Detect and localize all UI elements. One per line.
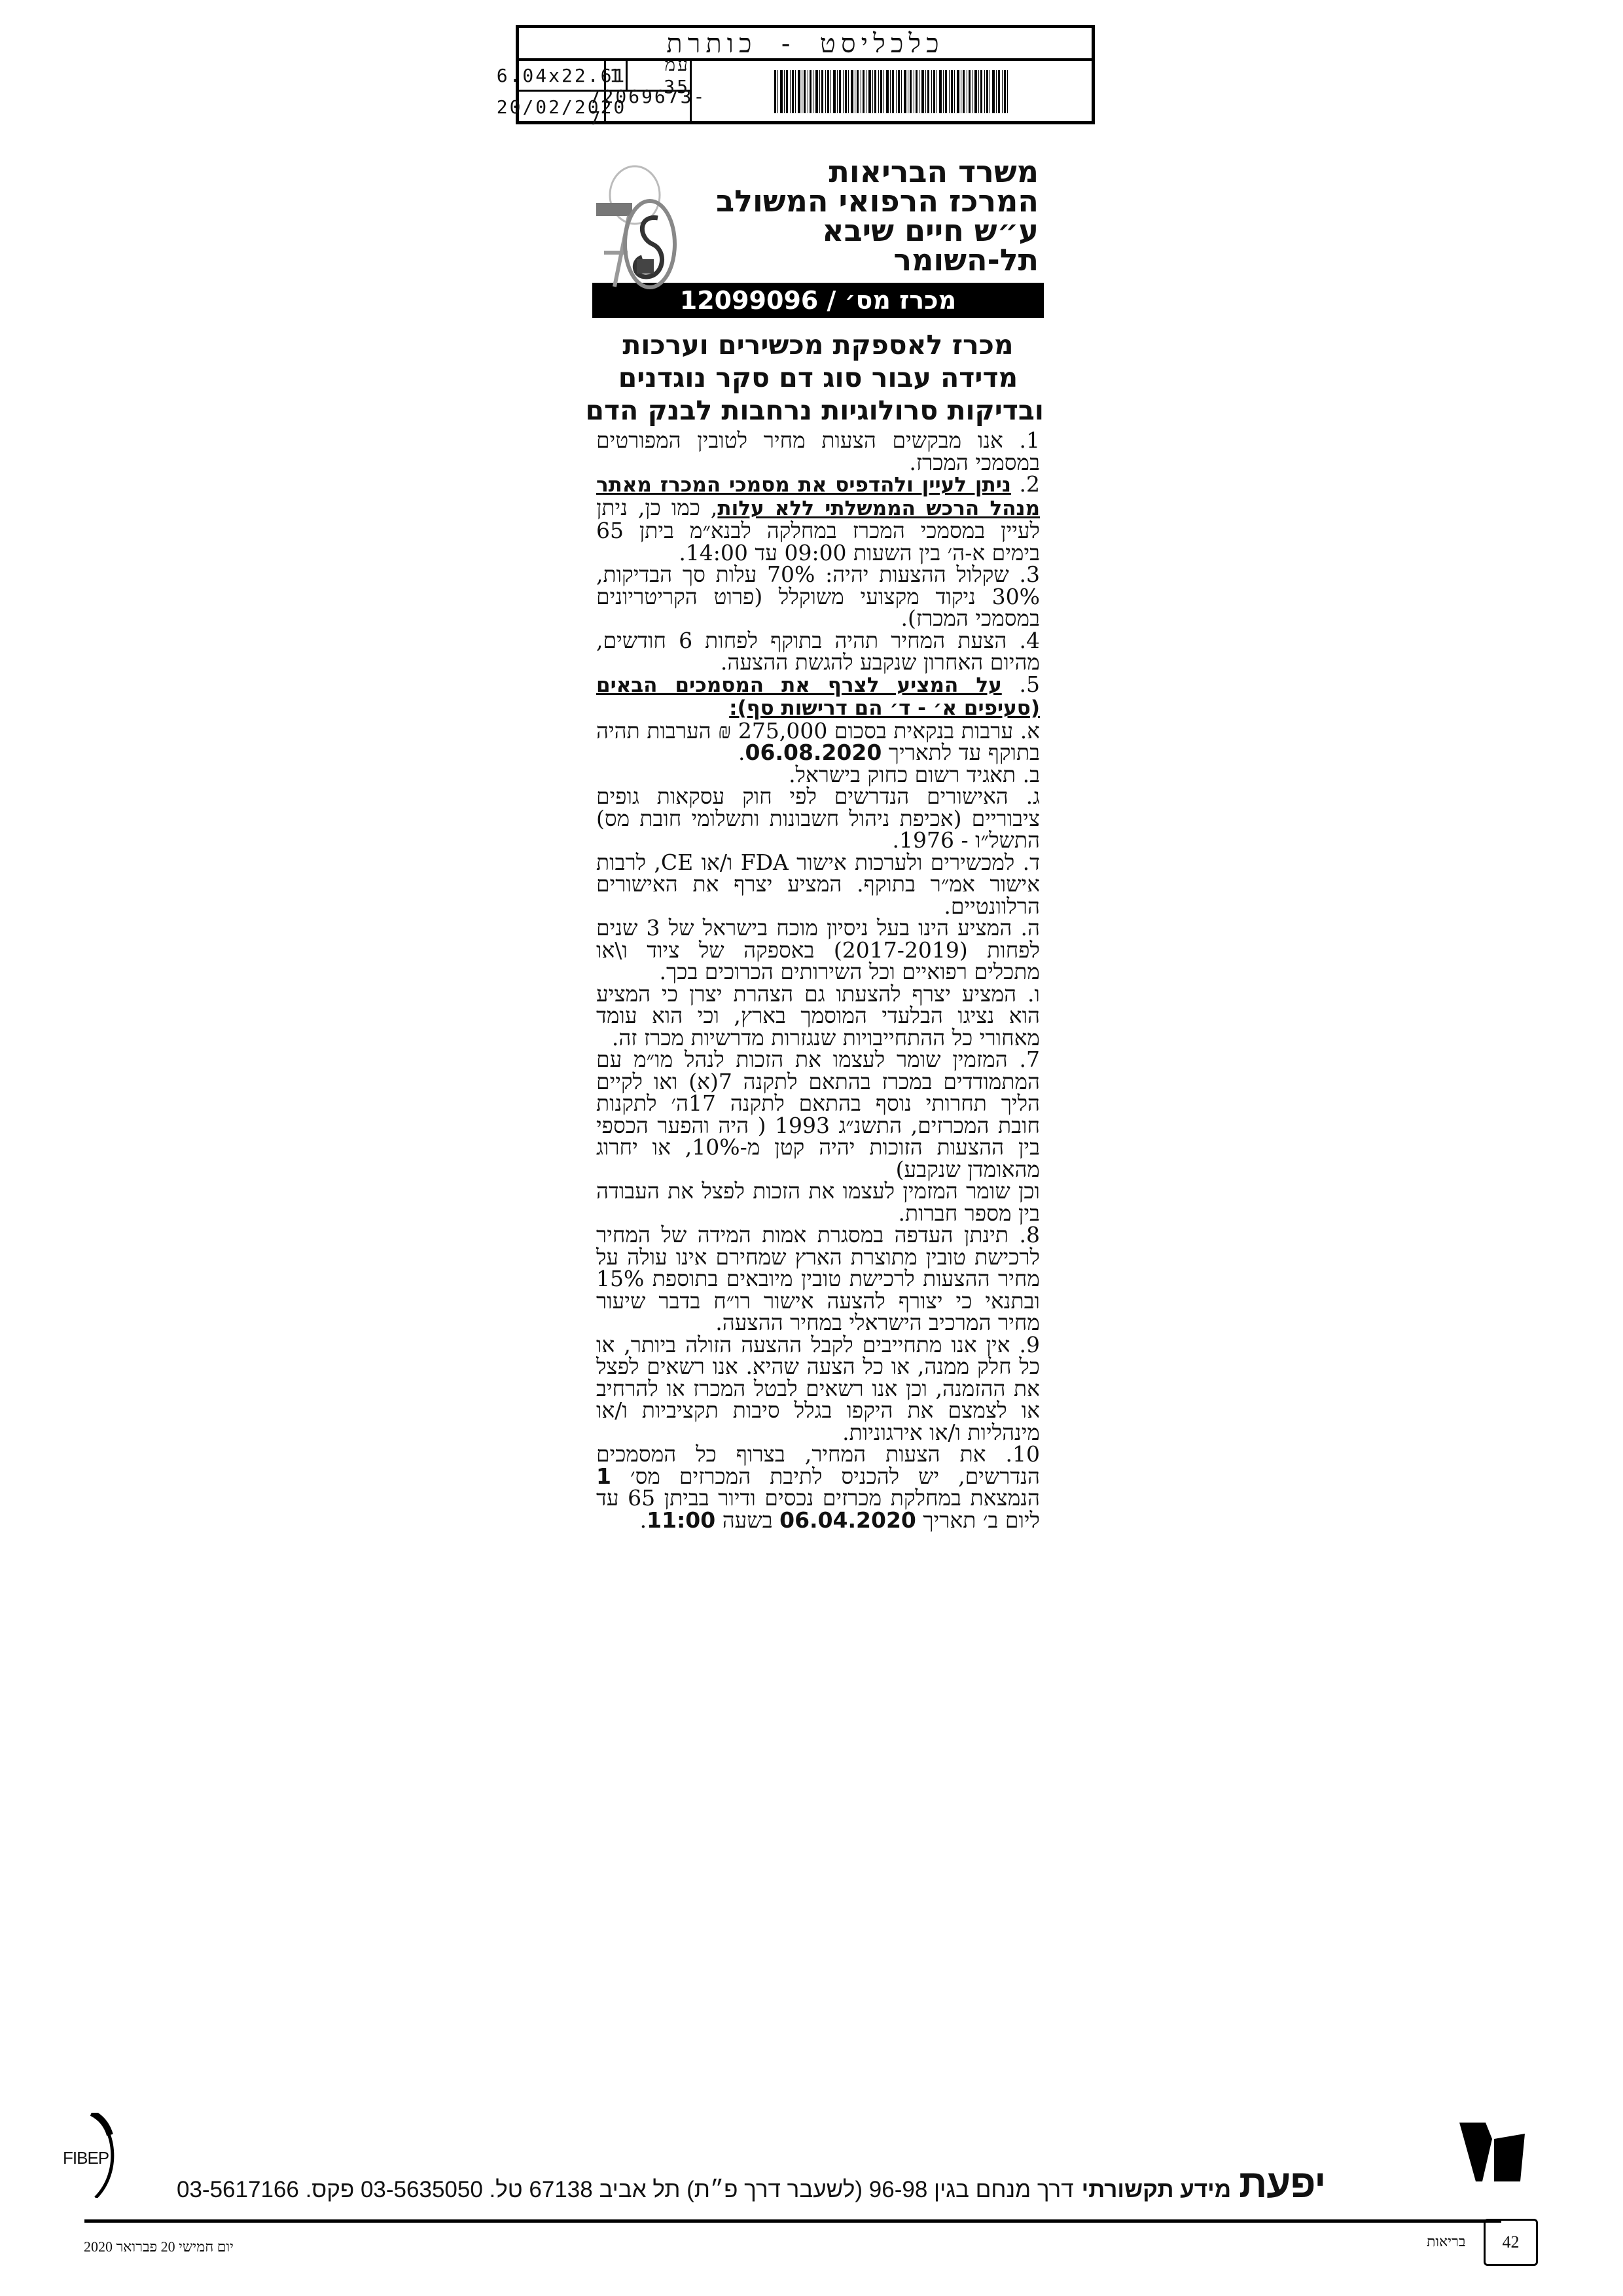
issue-date: יום חמישי 20 פברואר 2020 [84, 2238, 234, 2255]
clause-10-end: . [640, 1507, 647, 1533]
clause-7: 7. המזמין שומר לעצמו את הזכות לנהל מו״מ … [596, 1049, 1040, 1180]
clipping-info-table: כלכליסט - כותרת 6.04x22.61 1 עמ 35 20/02… [516, 25, 1095, 124]
clause-10-text: 10. את הצעות המחיר, בצרוף כל המסמכים הנד… [596, 1441, 1040, 1489]
clause-5g: ג. האישורים הנדרשים לפי חוק עסקאות גופים… [596, 785, 1040, 852]
clause-5a: א. ערבות בנקאית בסכום 275,000 ₪ הערבות ת… [596, 720, 1040, 764]
page-number: 42 [1484, 2219, 1538, 2266]
clause-1: 1. אנו מבקשים הצעות מחיר לטובין המפורטים… [596, 429, 1040, 473]
yifat-tagline: מידע תקשורתי [1082, 2177, 1232, 2203]
tender-title-line: ובדיקות סרולוגיות נרחבות לבנק הדם [592, 394, 1044, 427]
clause-number: 2. [1011, 471, 1040, 497]
tender-title: מכרז לאספקת מכשירים וערכות מדידה עבור סו… [592, 329, 1044, 427]
publication-title: כלכליסט - כותרת [519, 28, 1092, 61]
tender-title-line: מכרז לאספקת מכשירים וערכות [592, 329, 1044, 361]
clause-5: 5. על המציע לצרף את המסמכים הבאים (סעיפי… [596, 673, 1040, 720]
submission-date: 06.04.2020 [779, 1507, 916, 1533]
clause-9: 9. אין אנו מתחייבים לקבל ההצעה הזולה ביו… [596, 1334, 1040, 1444]
tender-advertisement: משרד הבריאות המרכז הרפואי המשולב ע״ש חיי… [592, 157, 1044, 1531]
clause-5d: ד. למכשירים ולערכות אישור FDA ו/או CE, ל… [596, 852, 1040, 918]
yifat-address: דרך מנחם בגין 96-98 (לשעבר דרך פ״ת) תל א… [177, 2177, 1074, 2203]
barcode-icon [774, 70, 1010, 113]
clause-5b: ב. תאגיד רשום כחוק בישראל. [596, 764, 1040, 786]
clause-10-text: בשעה [715, 1507, 779, 1533]
clause-7b: וכן שומר המזמין לעצמו את הזכות לפצל את ה… [596, 1180, 1040, 1224]
tender-body: 1. אנו מבקשים הצעות מחיר לטובין המפורטים… [592, 429, 1044, 1531]
clause-8: 8. תינתן העדפה במסגרת אמות המידה של המחי… [596, 1224, 1040, 1334]
fibep-logo: FIBEP [63, 2113, 148, 2198]
tender-title-line: מדידה עבור סוג דם סקר נוגדנים [592, 361, 1044, 394]
yifat-logo-icon [1456, 2119, 1528, 2185]
fibep-arc-icon [89, 2113, 128, 2198]
clause-2: 2. ניתן לעיין ולהדפיס את מסמכי המכרז מאת… [596, 473, 1040, 564]
clause-number: 5. [1002, 672, 1040, 697]
clause-5-underlined: על המציע לצרף את המסמכים הבאים (סעיפים א… [596, 673, 1040, 721]
sheba-70-logo-icon [592, 162, 677, 293]
clip-code: 72069673-7 [606, 92, 692, 122]
barcode [692, 61, 1092, 122]
submission-time: 11:00 [647, 1507, 715, 1533]
section-label: בריאות [1427, 2233, 1465, 2250]
clause-10: 10. את הצעות המחיר, בצרוף כל המסמכים הנד… [596, 1443, 1040, 1531]
footer-contact-line: יפעת מידע תקשורתי דרך מנחם בגין 96-98 (ל… [177, 2161, 1325, 2206]
clause-4: 4. הצעת המחיר תהיה בתוקף לפחות 6 חודשים,… [596, 630, 1040, 673]
clause-5h: ה. המציע הינו בעל ניסיון מוכח בישראל של … [596, 917, 1040, 983]
footer-divider [84, 2219, 1501, 2223]
yifat-brand: יפעת [1239, 2161, 1325, 2206]
clause-3: 3. שקלול ההצעות יהיה: 70% עלות סך הבדיקו… [596, 564, 1040, 630]
clause-5v: ו. המציע יצרף להצעתו גם הצהרת יצרן כי המ… [596, 983, 1040, 1049]
